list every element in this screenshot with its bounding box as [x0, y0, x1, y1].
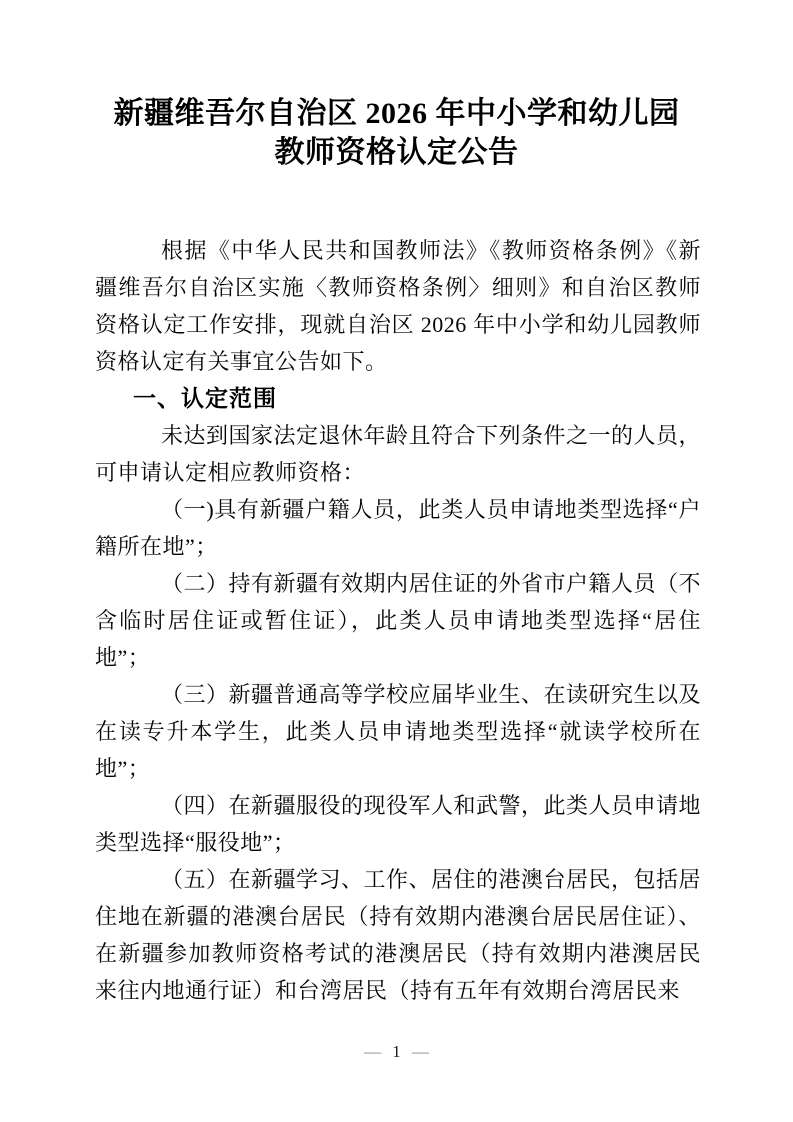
footer-dash-right: — [412, 1042, 429, 1061]
section-1-heading: 一、认定范围 [95, 380, 701, 417]
title-line-1: 新疆维吾尔自治区 2026 年中小学和幼儿园 [114, 97, 680, 130]
scope-item-5: （五）在新疆学习、工作、居住的港澳台居民，包括居住地在新疆的港澳台居民（持有效期… [95, 861, 701, 1009]
scope-item-4: （四）在新疆服役的现役军人和武警，此类人员申请地类型选择“服役地”； [95, 787, 701, 861]
title-line-2: 教师资格认定公告 [275, 136, 519, 169]
document-title: 新疆维吾尔自治区 2026 年中小学和幼儿园 教师资格认定公告 [0, 94, 793, 172]
scope-item-2: （二）持有新疆有效期内居住证的外省市户籍人员（不含临时居住证或暂住证），此类人员… [95, 565, 701, 676]
intro-paragraph: 根据《中华人民共和国教师法》《教师资格条例》《新疆维吾尔自治区实施〈教师资格条例… [95, 232, 701, 380]
footer-dash-left: — [364, 1042, 381, 1061]
document-body: 根据《中华人民共和国教师法》《教师资格条例》《新疆维吾尔自治区实施〈教师资格条例… [95, 232, 701, 1009]
scope-item-3: （三）新疆普通高等学校应届毕业生、在读研究生以及在读专升本学生，此类人员申请地类… [95, 676, 701, 787]
page-footer: —1— [0, 1043, 793, 1061]
document-page: 新疆维吾尔自治区 2026 年中小学和幼儿园 教师资格认定公告 根据《中华人民共… [0, 0, 793, 1122]
scope-item-1: （一)具有新疆户籍人员，此类人员申请地类型选择“户籍所在地”； [95, 491, 701, 565]
page-number: 1 [392, 1042, 401, 1061]
section-1-lead-paragraph: 未达到国家法定退休年龄且符合下列条件之一的人员，可申请认定相应教师资格： [95, 417, 701, 491]
